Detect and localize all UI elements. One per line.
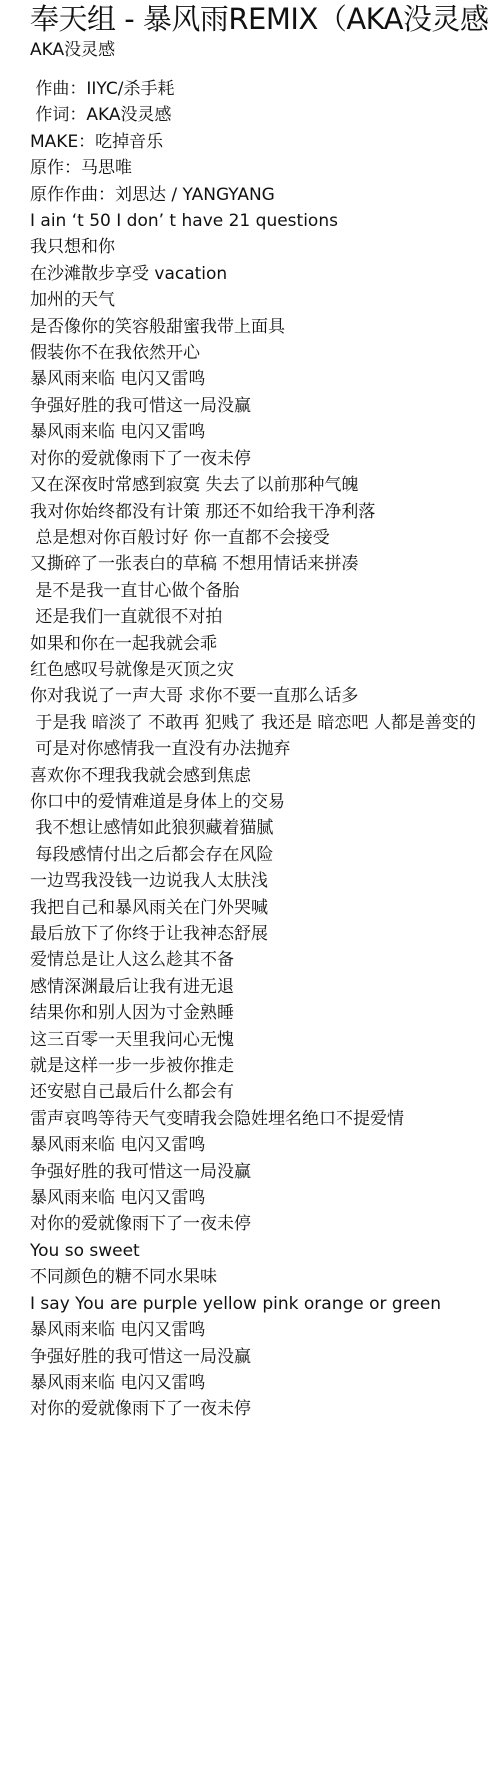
lyric-line: 我不想让感情如此狼狈藏着猫腻 [30,815,500,841]
lyric-line: 你对我说了一声大哥 求你不要一直那么话多 [30,683,500,709]
lyric-line: 暴风雨来临 电闪又雷鸣 [30,1317,500,1343]
lyric-line: 争强好胜的我可惜这一局没赢 [30,1159,500,1185]
lyric-line: 是不是我一直甘心做个备胎 [30,578,500,604]
lyric-line: 于是我 暗淡了 不敢再 犯贱了 我还是 暗恋吧 人都是善变的 [30,710,500,736]
lyric-line: 假装你不在我依然开心 [30,340,500,366]
lyric-line: 还安慰自己最后什么都会有 [30,1079,500,1105]
lyric-line: I ain ‘t 50 I don’ t have 21 questions [30,208,500,234]
lyric-line: 作词：AKA没灵感 [30,102,500,128]
lyric-line: 作曲：IIYC/杀手耗 [30,76,500,102]
lyric-line: 暴风雨来临 电闪又雷鸣 [30,366,500,392]
lyric-line: I say You are purple yellow pink orange … [30,1291,500,1317]
lyric-line: 还是我们一直就很不对拍 [30,604,500,630]
lyric-line: 一边骂我没钱一边说我人太肤浅 [30,868,500,894]
lyric-line: 爱情总是让人这么趁其不备 [30,947,500,973]
lyric-line: 感情深渊最后让我有进无退 [30,974,500,1000]
lyric-line: 你口中的爱情难道是身体上的交易 [30,789,500,815]
lyric-line: 最后放下了你终于让我神态舒展 [30,921,500,947]
lyric-line: 原作：马思唯 [30,155,500,181]
lyric-line: 对你的爱就像雨下了一夜未停 [30,446,500,472]
lyric-line: 暴风雨来临 电闪又雷鸣 [30,1132,500,1158]
lyric-line: 争强好胜的我可惜这一局没赢 [30,1344,500,1370]
lyric-line: 喜欢你不理我我就会感到焦虑 [30,763,500,789]
lyric-line: 这三百零一天里我问心无愧 [30,1027,500,1053]
lyric-line: 如果和你在一起我就会乖 [30,631,500,657]
lyric-line: 暴风雨来临 电闪又雷鸣 [30,1185,500,1211]
lyric-line: 暴风雨来临 电闪又雷鸣 [30,419,500,445]
lyric-line: MAKE：吃掉音乐 [30,129,500,155]
lyric-line: 在沙滩散步享受 vacation [30,261,500,287]
song-artist: AKA没灵感 [30,38,115,62]
lyric-line: 我对你始终都没有计策 那还不如给我干净利落 [30,499,500,525]
lyric-line: You so sweet [30,1238,500,1264]
lyric-line: 是否像你的笑容般甜蜜我带上面具 [30,314,500,340]
lyric-line: 红色感叹号就像是灭顶之灾 [30,657,500,683]
lyric-line: 暴风雨来临 电闪又雷鸣 [30,1370,500,1396]
lyrics-body: 作曲：IIYC/杀手耗 作词：AKA没灵感 MAKE：吃掉音乐 原作：马思唯 原… [30,76,500,1423]
lyric-line: 原作作曲：刘思达 / YANGYANG [30,182,500,208]
lyric-line: 结果你和别人因为寸金熟睡 [30,1000,500,1026]
lyric-line: 可是对你感情我一直没有办法抛弃 [30,736,500,762]
lyric-line: 我把自己和暴风雨关在门外哭喊 [30,895,500,921]
lyric-line: 对你的爱就像雨下了一夜未停 [30,1211,500,1237]
lyric-line: 我只想和你 [30,234,500,260]
lyric-line: 又在深夜时常感到寂寞 失去了以前那种气魄 [30,472,500,498]
lyric-line: 每段感情付出之后都会存在风险 [30,842,500,868]
lyric-line: 雷声哀鸣等待天气变晴我会隐姓埋名绝口不提爱情 [30,1106,500,1132]
lyric-line: 又撕碎了一张表白的草稿 不想用情话来拼凑 [30,551,500,577]
lyric-line: 争强好胜的我可惜这一局没赢 [30,393,500,419]
lyric-line: 不同颜色的糖不同水果味 [30,1264,500,1290]
lyric-line: 就是这样一步一步被你推走 [30,1053,500,1079]
lyric-line: 加州的天气 [30,287,500,313]
song-title: 奉天组 - 暴风雨REMIX（AKA没灵感 [30,0,489,38]
lyric-line: 总是想对你百般讨好 你一直都不会接受 [30,525,500,551]
lyric-line: 对你的爱就像雨下了一夜未停 [30,1396,500,1422]
